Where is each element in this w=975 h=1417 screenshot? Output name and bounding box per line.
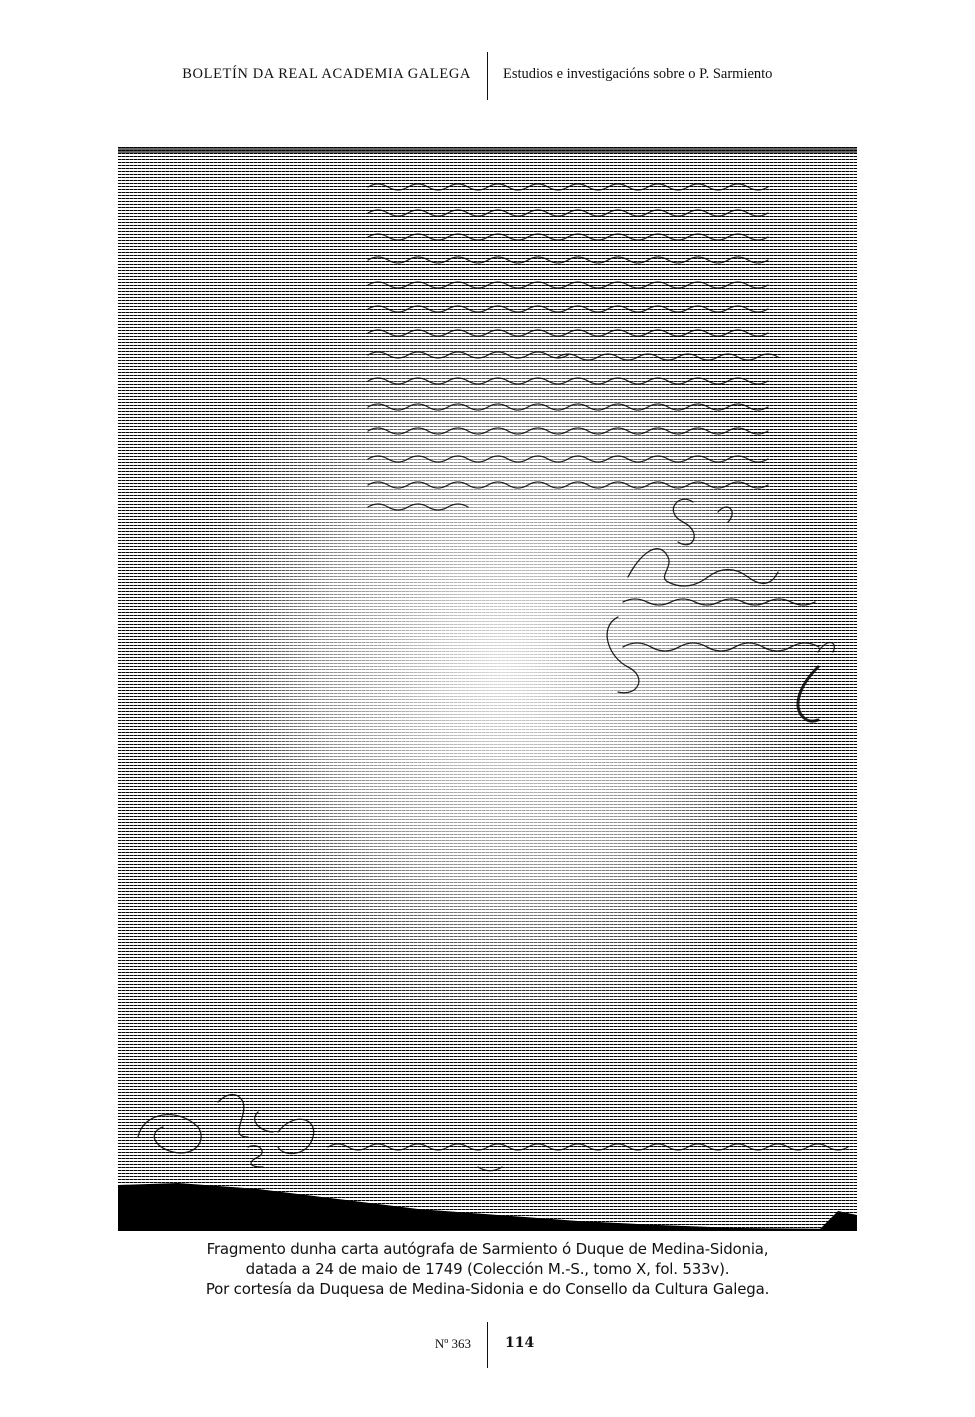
handwriting-ink [118, 147, 857, 1231]
page-shadow [118, 1171, 857, 1231]
figure-caption: Fragmento dunha carta autógrafa de Sarmi… [0, 1239, 975, 1299]
header-divider [487, 52, 488, 100]
caption-line: datada a 24 de maio de 1749 (Colección M… [0, 1259, 975, 1279]
caption-line: Por cortesía da Duquesa de Medina-Sidoni… [0, 1279, 975, 1299]
issue-number: Nº 363 [435, 1336, 471, 1352]
page-footer: Nº 363 114 [0, 1322, 975, 1368]
footer-divider [487, 1322, 488, 1368]
section-title: Estudios e investigacións sobre o P. Sar… [503, 66, 772, 83]
running-header: BOLETÍN DA REAL ACADEMIA GALEGA Estudios… [0, 52, 975, 100]
manuscript-figure [118, 147, 857, 1231]
journal-title: BOLETÍN DA REAL ACADEMIA GALEGA [182, 66, 471, 83]
page-number: 114 [505, 1335, 534, 1351]
caption-line: Fragmento dunha carta autógrafa de Sarmi… [0, 1239, 975, 1259]
